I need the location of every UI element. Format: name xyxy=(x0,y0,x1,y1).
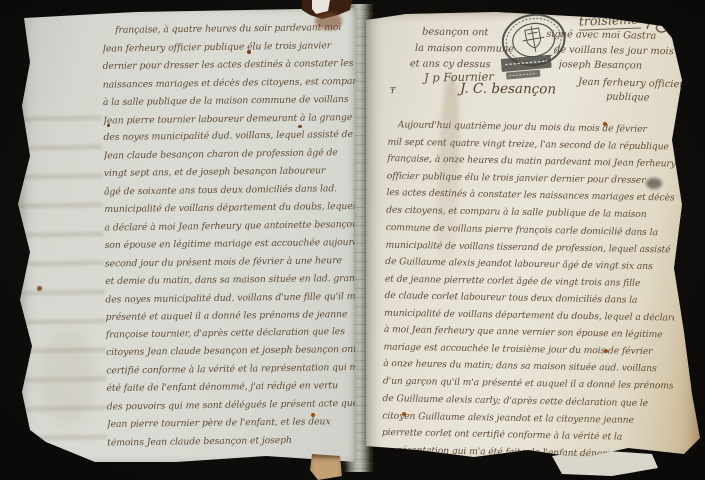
rust-spot xyxy=(603,122,607,126)
rust-spot xyxy=(311,413,315,417)
handwritten-line: témoins Jean claude besançon et joseph xyxy=(107,431,365,453)
handwritten-line: Jean pierre tournier laboureur demeurant… xyxy=(103,108,361,130)
official-oval-stamp-icon xyxy=(490,12,585,92)
ink-spot xyxy=(247,50,251,54)
handwritten-line: des noyes municipalité dud. voillans d'u… xyxy=(105,287,363,309)
margin-mark: Ŧ xyxy=(390,86,395,95)
left-page-text: française, à quatre heures du soir parde… xyxy=(102,19,365,452)
manuscript-book-scan: française, à quatre heures du soir parde… xyxy=(0,0,705,480)
rust-spot xyxy=(37,286,42,291)
handwritten-line: second jour du présent mois de février à… xyxy=(105,252,363,274)
handwritten-line: des pouvoirs qui me sont délégués le pré… xyxy=(107,395,365,417)
faint-stain xyxy=(40,330,95,425)
handwritten-line: a déclaré à moi Jean ferheury que antoin… xyxy=(104,216,362,238)
bottom-binding-tab xyxy=(310,454,342,480)
ink-spot xyxy=(298,125,302,128)
officer-title: publique xyxy=(606,91,650,103)
right-page-text: Aujourd'hui quatrième jour du mois du mo… xyxy=(381,116,678,463)
handwritten-line: Jean ferheury officier publique élu le t… xyxy=(102,37,360,59)
handwritten-line: naissances mariages et décès des citoyen… xyxy=(103,73,361,95)
dark-blotch xyxy=(646,178,662,189)
officer-name: Jean ferheury officier xyxy=(578,77,684,91)
right-page: troisieme besançon ontla maison communee… xyxy=(366,10,704,470)
rust-spot xyxy=(604,349,608,353)
ink-spot xyxy=(107,124,110,127)
top-binding-smudge xyxy=(315,12,342,30)
rust-spot xyxy=(402,412,406,416)
